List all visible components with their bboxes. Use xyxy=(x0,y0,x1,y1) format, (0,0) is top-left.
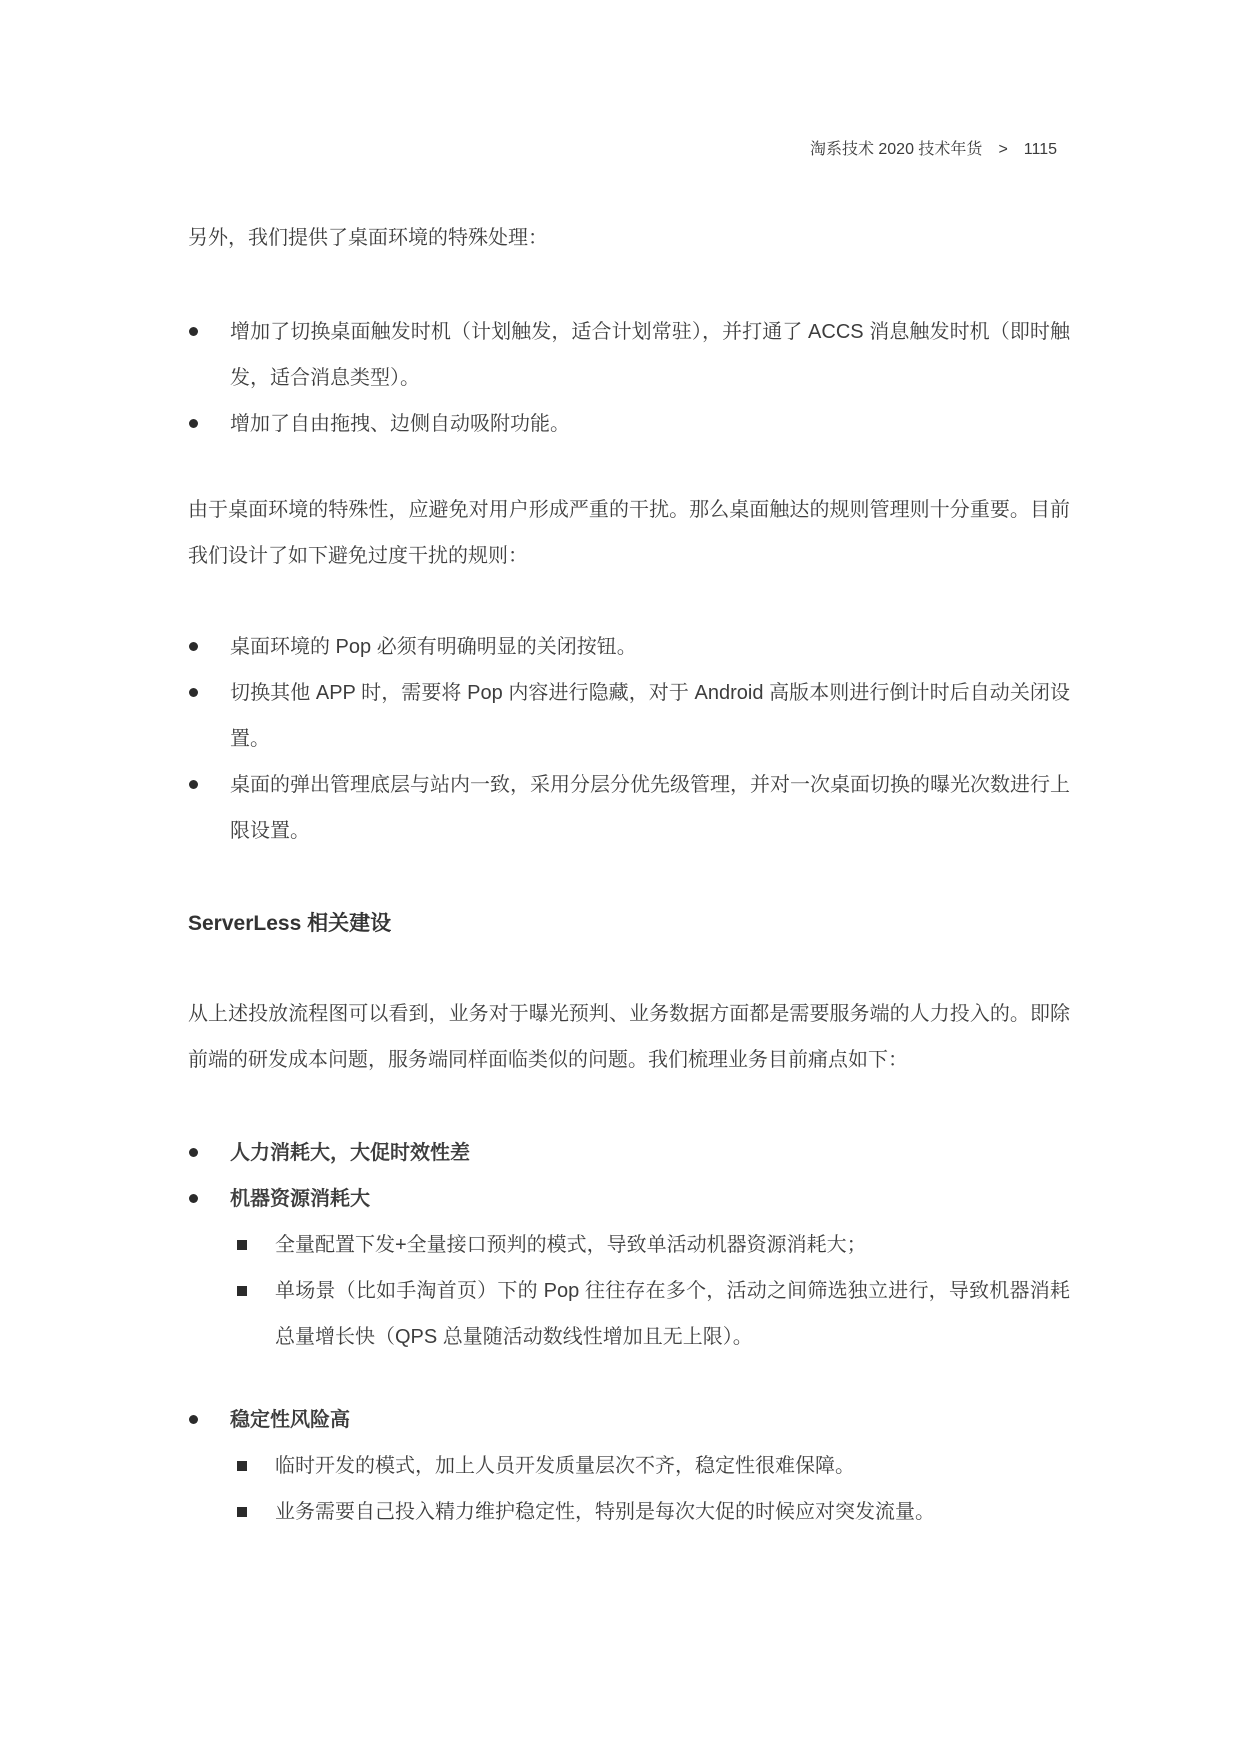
list-item: 人力消耗大，大促时效性差 xyxy=(188,1130,1070,1176)
document-page: 淘系技术 2020 技术年货>1115 另外，我们提供了桌面环境的特殊处理： 增… xyxy=(0,0,1240,1755)
sublist-item-text: 全量配置下发+全量接口预判的模式，导致单活动机器资源消耗大； xyxy=(275,1234,867,1256)
list-item-text: 桌面的弹出管理底层与站内一致，采用分层分优先级管理，并对一次桌面切换的曝光次数进… xyxy=(230,774,1070,842)
list-rules: 桌面环境的 Pop 必须有明确明显的关闭按钮。 切换其他 APP 时，需要将 P… xyxy=(188,624,1070,854)
list-item-label: 稳定性风险高 xyxy=(230,1409,350,1431)
sublist-item: 全量配置下发+全量接口预判的模式，导致单活动机器资源消耗大； xyxy=(230,1222,1070,1268)
list-item-label: 人力消耗大，大促时效性差 xyxy=(230,1142,470,1164)
sublist-item: 业务需要自己投入精力维护稳定性，特别是每次大促的时候应对突发流量。 xyxy=(230,1489,1070,1535)
page-header: 淘系技术 2020 技术年货>1115 xyxy=(810,138,1057,162)
list-item: 增加了自由拖拽、边侧自动吸附功能。 xyxy=(188,401,1070,447)
list-item: 机器资源消耗大 全量配置下发+全量接口预判的模式，导致单活动机器资源消耗大； 单… xyxy=(188,1176,1070,1360)
breadcrumb-separator: > xyxy=(998,141,1007,158)
page-number: 1115 xyxy=(1024,141,1057,158)
bullet-square-icon xyxy=(237,1240,247,1250)
list-item: 增加了切换桌面触发时机（计划触发，适合计划常驻），并打通了 ACCS 消息触发时… xyxy=(188,309,1070,401)
paragraph-desktop-intro: 另外，我们提供了桌面环境的特殊处理： xyxy=(188,215,1070,261)
list-item: 稳定性风险高 临时开发的模式，加上人员开发质量层次不齐，稳定性很难保障。 业务需… xyxy=(188,1397,1070,1535)
section-heading-serverless: ServerLess 相关建设 xyxy=(188,901,1070,947)
list-item: 切换其他 APP 时，需要将 Pop 内容进行隐藏，对于 Android 高版本… xyxy=(188,670,1070,762)
bullet-square-icon xyxy=(237,1507,247,1517)
list-item-text: 增加了切换桌面触发时机（计划触发，适合计划常驻），并打通了 ACCS 消息触发时… xyxy=(230,321,1070,389)
bullet-dot-icon xyxy=(189,1194,198,1203)
bullet-dot-icon xyxy=(189,688,198,697)
bullet-dot-icon xyxy=(189,1148,198,1157)
bullet-square-icon xyxy=(237,1461,247,1471)
sublist-item-text: 临时开发的模式，加上人员开发质量层次不齐，稳定性很难保障。 xyxy=(275,1455,855,1477)
sublist-item-text: 业务需要自己投入精力维护稳定性，特别是每次大促的时候应对突发流量。 xyxy=(275,1501,935,1523)
bullet-dot-icon xyxy=(189,327,198,336)
list-item-text: 增加了自由拖拽、边侧自动吸附功能。 xyxy=(230,413,570,435)
list-item-label: 机器资源消耗大 xyxy=(230,1188,370,1210)
sublist-item: 单场景（比如手淘首页）下的 Pop 往往存在多个，活动之间筛选独立进行，导致机器… xyxy=(230,1268,1070,1360)
bullet-dot-icon xyxy=(189,642,198,651)
breadcrumb: 淘系技术 2020 技术年货 xyxy=(810,141,983,158)
list-item-text: 桌面环境的 Pop 必须有明确明显的关闭按钮。 xyxy=(230,636,637,658)
sublist-item-text: 单场景（比如手淘首页）下的 Pop 往往存在多个，活动之间筛选独立进行，导致机器… xyxy=(275,1280,1070,1348)
list-desktop-features: 增加了切换桌面触发时机（计划触发，适合计划常驻），并打通了 ACCS 消息触发时… xyxy=(188,309,1070,447)
paragraph-serverless-intro: 从上述投放流程图可以看到，业务对于曝光预判、业务数据方面都是需要服务端的人力投入… xyxy=(188,991,1070,1083)
bullet-dot-icon xyxy=(189,419,198,428)
list-item: 桌面环境的 Pop 必须有明确明显的关闭按钮。 xyxy=(188,624,1070,670)
sublist-item: 临时开发的模式，加上人员开发质量层次不齐，稳定性很难保障。 xyxy=(230,1443,1070,1489)
list-item: 桌面的弹出管理底层与站内一致，采用分层分优先级管理，并对一次桌面切换的曝光次数进… xyxy=(188,762,1070,854)
paragraph-rules-intro: 由于桌面环境的特殊性，应避免对用户形成严重的干扰。那么桌面触达的规则管理则十分重… xyxy=(188,487,1070,579)
bullet-square-icon xyxy=(237,1286,247,1296)
list-painpoints: 人力消耗大，大促时效性差 机器资源消耗大 全量配置下发+全量接口预判的模式，导致… xyxy=(188,1130,1070,1535)
page-content: 另外，我们提供了桌面环境的特殊处理： 增加了切换桌面触发时机（计划触发，适合计划… xyxy=(188,215,1070,1535)
bullet-dot-icon xyxy=(189,1415,198,1424)
bullet-dot-icon xyxy=(189,780,198,789)
sublist-machine-cost: 全量配置下发+全量接口预判的模式，导致单活动机器资源消耗大； 单场景（比如手淘首… xyxy=(230,1222,1070,1360)
sublist-stability: 临时开发的模式，加上人员开发质量层次不齐，稳定性很难保障。 业务需要自己投入精力… xyxy=(230,1443,1070,1535)
list-item-text: 切换其他 APP 时，需要将 Pop 内容进行隐藏，对于 Android 高版本… xyxy=(230,682,1070,750)
